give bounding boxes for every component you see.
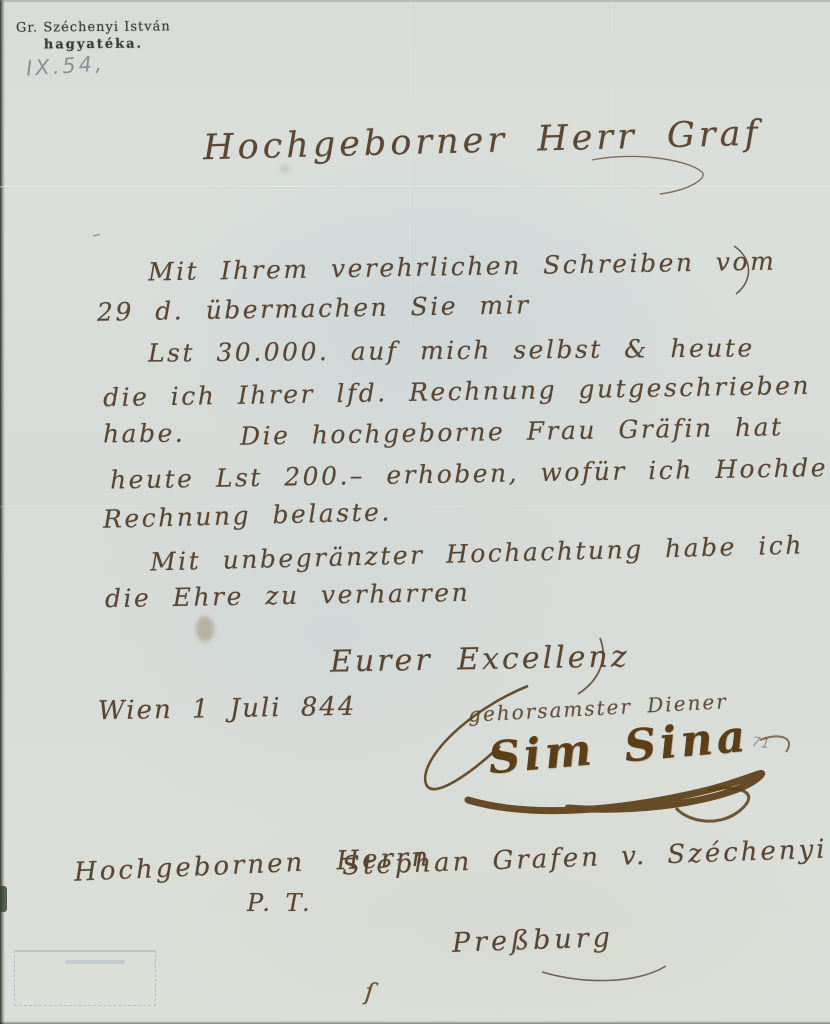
address-recipient: Stephan Grafen v. Széchenyi bbox=[342, 835, 829, 882]
archive-stamp: Gr. Széchenyi István hagyatéka. bbox=[16, 19, 171, 52]
body-line: die Ehre zu verharren bbox=[105, 578, 471, 613]
archive-stamp-line1: Gr. Széchenyi István bbox=[16, 19, 171, 35]
scan-edge-left bbox=[0, 0, 5, 1024]
body-line: Mit unbegränzter Hochachtung habe ich bbox=[150, 530, 805, 576]
letter-scan: Gr. Széchenyi István hagyatéka. IX.54, –… bbox=[0, 0, 830, 1024]
archive-number-pencil: IX.54, bbox=[25, 51, 105, 80]
faint-label-scribble bbox=[65, 960, 125, 964]
ink-stain bbox=[196, 616, 214, 642]
address-pt: P. T. bbox=[247, 889, 314, 917]
body-line: 29 d. übermachen Sie mir bbox=[97, 290, 531, 327]
city-underline-flourish bbox=[540, 960, 670, 990]
scan-edge-top bbox=[0, 0, 830, 2]
stray-ink-mark: ſ bbox=[364, 978, 376, 1007]
letter-dateline: Wien 1 Juli 844 bbox=[98, 692, 357, 727]
body-line: heute Lst 200.– erhoben, wofür ich Hochd… bbox=[110, 452, 830, 494]
body-line: Rechnung belaste. bbox=[103, 497, 392, 534]
body-line: habe. bbox=[103, 419, 186, 449]
archive-stamp-line2: hagyatéka. bbox=[16, 36, 171, 52]
line-end-flourish bbox=[730, 244, 756, 296]
body-line: Lst 30.000. auf mich selbst & heute bbox=[148, 333, 755, 367]
body-line: Mit Ihrem verehrlichen Schreiben vom bbox=[148, 247, 777, 287]
margin-pencil-mark: – bbox=[90, 223, 103, 245]
body-line: Die hochgeborne Frau Gräfin hat bbox=[240, 412, 784, 450]
faint-label-stamp bbox=[14, 950, 156, 1006]
address-city: Preßburg bbox=[452, 922, 615, 959]
body-line: die ich Ihrer lfd. Rechnung gutgeschrieb… bbox=[103, 371, 811, 412]
salutation-flourish bbox=[590, 150, 710, 200]
scan-edge-notch bbox=[0, 886, 7, 912]
